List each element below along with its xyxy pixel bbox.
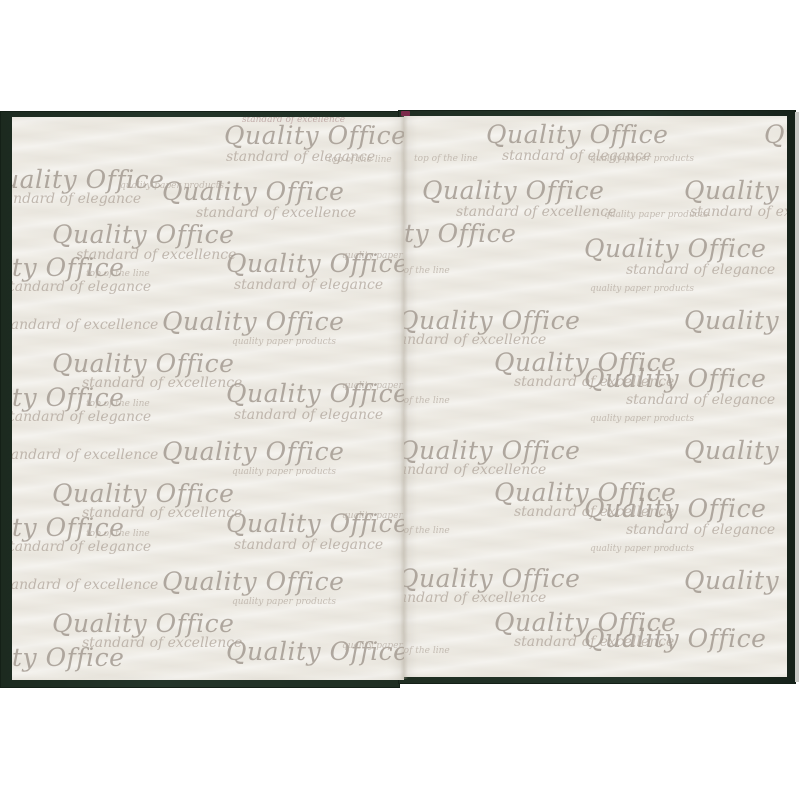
watermark-phrase: standard of elegance	[12, 409, 151, 425]
watermark-phrase: standard of excellence	[82, 375, 242, 391]
watermark-quality-office: Quality Office	[226, 379, 404, 408]
watermark-phrase: standard of elegance	[226, 149, 375, 165]
watermark-quality-office: Quality Office	[494, 348, 676, 377]
watermark-quality-office: Quality Office	[584, 364, 766, 393]
watermark-phrase: standard of elegance	[234, 277, 383, 293]
watermark-quality-office: Quality Office	[494, 608, 676, 637]
watermark-phrase: standard of elegance	[626, 522, 775, 538]
watermark-quality-office: Quality Office	[404, 306, 580, 335]
watermark-quality-office: Quality Office	[684, 306, 787, 335]
watermark-quality-office: Quality Office	[404, 219, 516, 248]
watermark-phrase: standard of elegance	[12, 539, 151, 555]
watermark-phrase: quality paper products	[590, 284, 694, 294]
endpaper-right: Quality Office standard of elegance top …	[404, 116, 787, 677]
watermark-phrase: quality paper products	[232, 337, 336, 347]
watermark-phrase: top of the line	[328, 155, 392, 165]
watermark-quality-office: Quality Office	[404, 564, 580, 593]
watermark-phrase: top of the line	[414, 154, 478, 164]
watermark-phrase: top of the line	[86, 269, 150, 279]
watermark-quality-office: Quality Office	[52, 609, 234, 638]
watermark-quality-office: Quality Office	[584, 624, 766, 653]
watermark-quality-office: Quality Office	[52, 220, 234, 249]
watermark-phrase: quality paper products	[342, 251, 404, 261]
watermark-phrase: standard of elegance	[234, 537, 383, 553]
watermark-quality-office: Quality Office	[226, 637, 404, 666]
watermark-phrase: quality paper products	[232, 467, 336, 477]
watermark-phrase: standard of excellence	[12, 317, 158, 333]
watermark-phrase: top of the line	[86, 399, 150, 409]
page-block-edge	[795, 112, 799, 682]
watermark-phrase: standard of excellence	[690, 204, 787, 220]
watermark-phrase: standard of elegance	[234, 407, 383, 423]
watermark-quality-office: Quality Office	[162, 567, 344, 596]
bookmark-ribbon	[401, 111, 410, 116]
watermark-quality-office: Quality Office	[684, 176, 787, 205]
watermark-phrase: top of the line	[404, 646, 450, 656]
watermark-phrase: quality paper products	[590, 154, 694, 164]
watermark-quality-office: Quality Office	[12, 643, 124, 672]
watermark-quality-office: Quality Office	[52, 349, 234, 378]
watermark-phrase: top of the line	[404, 526, 450, 536]
watermark-phrase: standard of elegance	[626, 262, 775, 278]
watermark-quality-office: Quality Office	[226, 249, 404, 278]
watermark-phrase: standard of excellence	[404, 332, 546, 348]
watermark-phrase: quality paper products	[342, 381, 404, 391]
watermark-quality-office: Quality Office	[12, 165, 164, 194]
watermark-quality-office: Quality Office	[684, 566, 787, 595]
watermark-phrase: standard of excellence	[76, 247, 236, 263]
watermark-phrase: quality paper products	[120, 181, 224, 191]
endpaper-left: Quality Office standard of elegance Qual…	[12, 117, 404, 680]
watermark-phrase: quality paper products	[590, 414, 694, 424]
watermark-phrase: standard of excellence	[514, 634, 674, 650]
watermark-quality-office: Quality Office	[226, 509, 404, 538]
book-gutter	[400, 116, 408, 679]
watermark-phrase: top of the line	[404, 266, 450, 276]
watermark-phrase: standard of excellence	[514, 374, 674, 390]
watermark-phrase: standard of elegance	[626, 392, 775, 408]
watermark-phrase: standard of excellence	[12, 577, 158, 593]
watermark-phrase: standard of excellence	[404, 590, 546, 606]
watermark-quality-office: Quality Office	[684, 436, 787, 465]
watermark-phrase: quality paper products	[342, 511, 404, 521]
watermark-quality-office: Quality Office	[224, 121, 404, 150]
watermark-phrase: standard of excellence	[242, 117, 345, 125]
watermark-quality-office: Quality Office	[764, 120, 787, 149]
watermark-quality-office: Quality Office	[52, 479, 234, 508]
watermark-quality-office: Quality Office	[162, 177, 344, 206]
watermark-phrase: quality paper products	[342, 641, 404, 651]
watermark-quality-office: Quality Office	[486, 120, 668, 149]
open-notebook-scene: Quality Office standard of elegance Qual…	[0, 0, 800, 800]
watermark-phrase: quality paper products	[590, 544, 694, 554]
watermark-quality-office: Quality Office	[494, 478, 676, 507]
watermark-phrase: standard of excellence	[12, 447, 158, 463]
watermark-quality-office: Quality Office	[584, 234, 766, 263]
watermark-phrase: top of the line	[86, 529, 150, 539]
watermark-quality-office: Quality Office	[12, 513, 124, 542]
watermark-phrase: standard of excellence	[196, 205, 356, 221]
watermark-phrase: standard of excellence	[82, 635, 242, 651]
watermark-quality-office: Quality Office	[162, 437, 344, 466]
watermark-phrase: standard of elegance	[12, 191, 141, 207]
watermark-phrase: quality paper products	[604, 210, 708, 220]
watermark-quality-office: Quality Office	[422, 176, 604, 205]
watermark-phrase: standard of excellence	[456, 204, 616, 220]
watermark-phrase: standard of excellence	[82, 505, 242, 521]
watermark-phrase: quality paper products	[232, 597, 336, 607]
watermark-phrase: standard of elegance	[12, 279, 151, 295]
watermark-phrase: top of the line	[404, 396, 450, 406]
watermark-quality-office: Quality Office	[584, 494, 766, 523]
watermark-quality-office: Quality Office	[404, 436, 580, 465]
watermark-phrase: standard of elegance	[502, 148, 651, 164]
watermark-quality-office: Quality Office	[162, 307, 344, 336]
watermark-phrase: standard of excellence	[514, 504, 674, 520]
watermark-phrase: standard of excellence	[404, 462, 546, 478]
watermark-quality-office: Quality Office	[12, 253, 124, 282]
watermark-quality-office: Quality Office	[12, 383, 124, 412]
